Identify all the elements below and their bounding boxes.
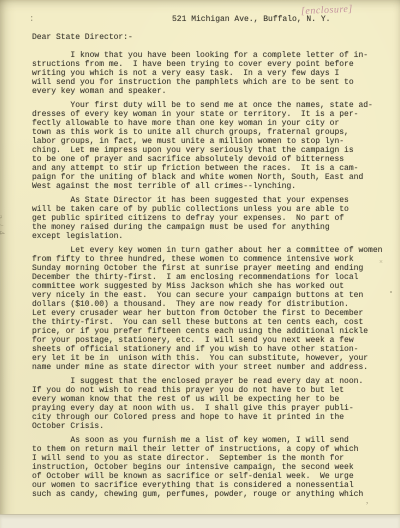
ink-speck-dot [390, 291, 392, 293]
paragraph-5: I suggest that the enclosed prayer be re… [32, 377, 392, 431]
scanned-letter-page: { "document": { "kind": "typewritten let… [0, 0, 400, 528]
paragraph-4: Let every key women in turn gather about… [32, 246, 392, 372]
paragraph-3: As State Director it has been suggested … [32, 196, 392, 241]
sender-address-line: 521 Michigan Ave., Buffalo, N. Y. [172, 15, 330, 24]
letter-body: I know that you have been looking for a … [32, 51, 392, 504]
paper-bottom-edge [0, 514, 400, 528]
paragraph-1: I know that you have been looking for a … [32, 51, 392, 96]
ink-speck-x: × [379, 258, 383, 266]
salutation: Dear State Director:- [32, 33, 133, 42]
paper-background: : [enclosure] 521 Michigan Ave., Buffalo… [0, 0, 400, 528]
stray-typed-colon-mark: : [29, 15, 34, 24]
ink-speck-comma: , [366, 495, 368, 505]
handwritten-margin-scribble: 3/4 [0, 214, 10, 255]
paragraph-6: As soon as you furnish me a list of key … [32, 436, 392, 499]
paragraph-2: Your first duty will be to send me at on… [32, 101, 392, 191]
